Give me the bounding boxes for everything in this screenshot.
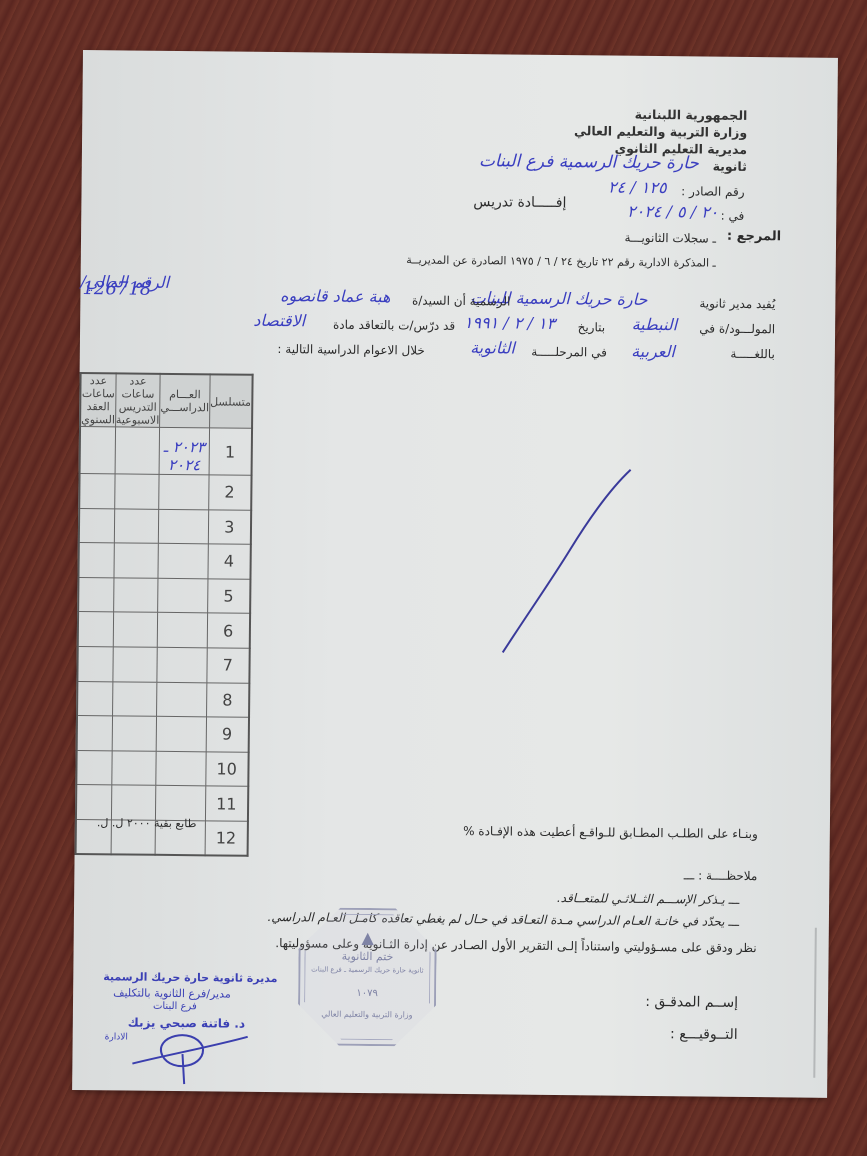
year-cell [159,509,209,544]
table-row: 6 [78,612,250,648]
table-row: 5 [78,577,250,613]
table-row: 2 [79,473,251,509]
reference-label: المرجع : [727,229,781,245]
table-row: 8 [77,681,249,717]
auditor-name-label: إســم المدقـق : [645,994,738,1011]
header-annual-hours: عدد ساعات العقد السنوي [80,373,116,427]
weekly-hours-cell [112,716,157,751]
year-cell: ٢٠٢٣ ـ ٢٠٢٤ [159,427,209,475]
date-label: في : [721,209,745,223]
year-cell [157,682,207,717]
weekly-hours-cell [114,508,159,543]
body-line1-mid: الرسمية أن السيد/ة [412,293,511,308]
teaching-years-table: متسلسل العـــام الدراســـي عدد ساعات الت… [75,372,254,857]
reference-records: ـ سجلات الثانويـــة [624,231,716,246]
year-cell [157,613,207,648]
table-row: 7 [77,646,249,682]
weekly-hours-cell [114,543,159,578]
subject-handwritten: الاقتصاد [253,311,305,331]
ministry-heading: وزارة التربية والتعليم العالي [574,122,747,141]
serial-cell: 3 [208,509,251,544]
language-handwritten: العربية [631,342,675,361]
annual-hours-cell [77,716,113,751]
weekly-hours-cell [111,785,156,820]
serial-cell: 1 [209,428,252,475]
annual-hours-cell [76,750,112,785]
annual-hours-cell [78,543,114,578]
weekly-hours-cell [112,751,157,786]
year-cell [159,474,209,509]
annual-hours-cell [77,681,113,716]
annual-hours-cell [78,577,114,612]
stamp-fee-note: طابع بقية ٢٠٠٠ ل. ل. [97,816,197,830]
director-stamp-line2: مدير/فرع الثانوية بالتكليف [113,986,231,1000]
body-line3-stage-label: في المرحلـــــة [531,345,607,360]
serial-cell: 10 [206,752,249,787]
body-line1-intro: يُفيد مدير ثانوية [699,296,775,311]
body-line3-years-label: خلال الاعوام الدراسية التالية : [277,342,425,358]
year-cell [157,647,207,682]
annual-hours-cell [79,473,115,508]
date-value: ٢٠ / ٥ / ٢٠٢٤ [627,202,718,222]
weekly-hours-cell [115,427,160,474]
serial-cell: 5 [207,579,250,614]
outgoing-number-label: رقم الصادر : [681,184,745,199]
header-weekly-hours: عدد ساعات التدريس الاسبوعية [115,373,160,427]
year-cell [158,544,208,579]
serial-cell: 4 [208,544,251,579]
serial-cell: 6 [207,613,250,648]
year-cell [156,716,206,751]
document-paper: الجمهورية اللبنانية وزارة التربية والتعل… [72,50,838,1098]
serial-cell: 7 [207,648,250,683]
country-heading: الجمهورية اللبنانية [635,106,748,124]
table-row: 4 [78,543,250,579]
body-line2-date-label: بتاريخ [578,320,606,334]
body-line2-born: المولـــود/ة في [699,321,775,336]
serial-cell: 8 [206,682,249,717]
outgoing-number-value: ١٢٥ / ٢٤ [608,178,667,198]
year-cell [156,751,206,786]
note-full-name: ـــ يـذكر الإســـم الثــلاثـي للمتعــاقد… [557,891,739,907]
director-signature [122,1025,253,1086]
stage-handwritten: الثانوية [470,338,515,357]
stamp-ministry: وزارة التربية والتعليم العالي [300,1009,434,1019]
weekly-hours-cell [112,681,157,716]
annual-hours-cell [79,508,115,543]
weekly-hours-cell [113,578,158,613]
table-row: 10 [76,750,248,786]
school-name-handwritten: حارة حريك الرسمية فرع البنات [479,151,699,173]
table-row: 9 [77,716,249,752]
weekly-hours-cell [115,474,160,509]
stamp-title: ختم الثانوية [300,949,434,963]
annual-hours-cell [77,646,113,681]
serial-cell: 9 [206,717,249,752]
header-serial: متسلسل [209,374,252,428]
annual-hours-cell [76,785,112,820]
director-stamp-line3: فرع البنات [153,1001,197,1012]
school-stamp: ▲ ختم الثانوية ثانوية حارة حريك الرسمية … [298,907,437,1046]
school-label: ثانوية [713,158,747,175]
weekly-hours-cell [113,612,158,647]
year-cell [158,578,208,613]
body-line3-language-label: باللغـــــة [730,347,775,361]
annual-hours-cell [80,426,116,473]
birth-date-handwritten: ١٣ / ٢ / ١٩٩١ [464,313,555,333]
table-row: 1 ٢٠٢٣ ـ ٢٠٢٤ [80,426,252,475]
serial-cell: 11 [205,786,248,821]
stamp-school: ثانوية حارة حريك الرسمية ـ فرع البنات [300,965,434,974]
serial-cell: 12 [205,821,248,856]
body-line2-subject-label: قد درّس/ت بالتعاقد مادة [333,318,455,333]
paper-edge-shadow [813,928,817,1078]
year-cell [156,786,206,821]
signature-label: التــوقيـــع : [670,1026,738,1043]
serial-cell: 2 [208,475,251,510]
header-academic-year: العـــام الدراســـي [160,374,210,428]
table-row: 3 [79,508,251,544]
reference-memo: ـ المذكرة الادارية رقم ٢٢ تاريخ ٢٤ / ٦ /… [406,253,716,269]
registry-number: 126718 [82,278,151,300]
stamp-number: ١٠٧٩ [300,987,434,999]
weekly-hours-cell [113,647,158,682]
director-stamp-line1: مديرة ثانوية حارة حريك الرسمية [103,970,277,985]
person-name-handwritten: هبة عماد قانصوه [280,286,391,306]
document-title: إفـــــادة تدريس [473,194,566,211]
notes-title: ملاحظــــة : ـــ [684,868,758,883]
annual-hours-cell [78,612,114,647]
cross-out-slash-mark [497,464,639,665]
cedar-emblem-icon: ▲ [301,927,435,947]
birthplace-handwritten: النبطية [632,315,678,334]
issuance-statement: وبنـاء على الطلـب المطـابق للـواقـع أعطي… [463,824,758,841]
